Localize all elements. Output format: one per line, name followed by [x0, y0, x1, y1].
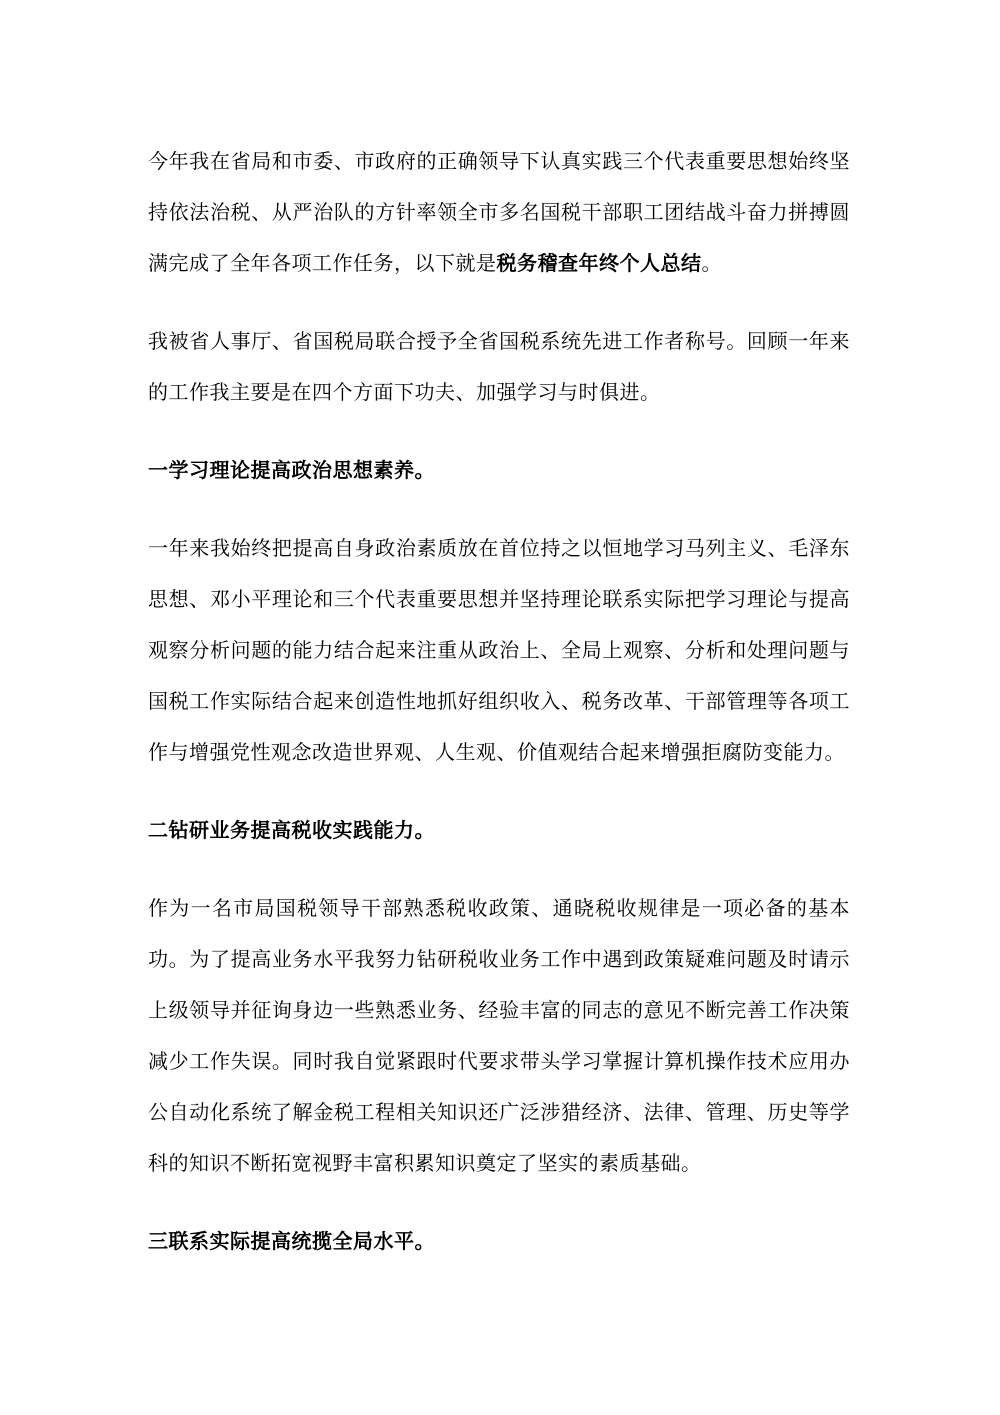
- paragraph-intro: 今年我在省局和市委、市政府的正确领导下认真实践三个代表重要思想始终坚持依法治税、…: [148, 137, 850, 290]
- section-heading-two: 二钻研业务提高税收实践能力。: [148, 806, 850, 857]
- paragraph-award: 我被省人事厅、省国税局联合授予全省国税系统先进工作者称号。回顾一年来的工作我主要…: [148, 317, 850, 419]
- document-page: 今年我在省局和市委、市政府的正确领导下认真实践三个代表重要思想始终坚持依法治税、…: [0, 0, 1000, 1415]
- paragraph-intro-period: 。: [702, 253, 723, 275]
- section-heading-one: 一学习理论提高政治思想素养。: [148, 446, 850, 497]
- section-heading-three: 三联系实际提高统揽全局水平。: [148, 1217, 850, 1268]
- paragraph-business-skill: 作为一名市局国税领导干部熟悉税收政策、通晓税收规律是一项必备的基本功。为了提高业…: [148, 884, 850, 1190]
- document-title-phrase: 税务稽查年终个人总结: [497, 253, 702, 275]
- paragraph-theory-study: 一年来我始终把提高自身政治素质放在首位持之以恒地学习马列主义、毛泽东思想、邓小平…: [148, 524, 850, 779]
